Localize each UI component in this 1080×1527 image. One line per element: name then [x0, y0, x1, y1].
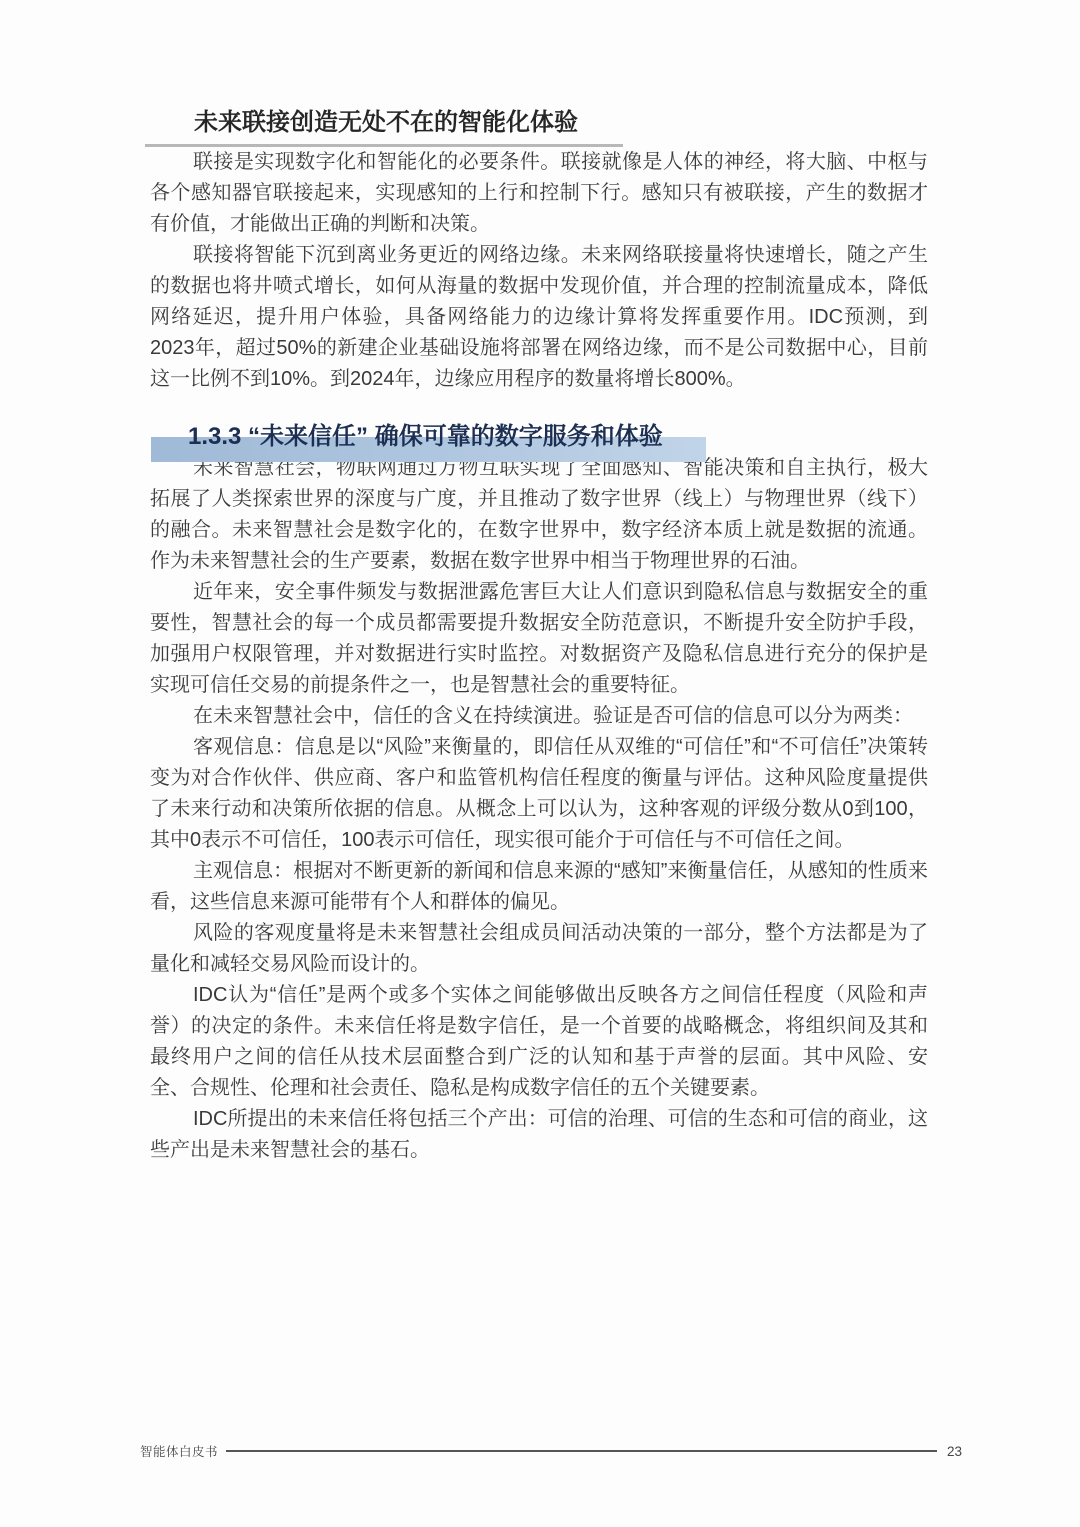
paragraph: 联接是实现数字化和智能化的必要条件。联接就像是人体的神经，将大脑、中枢与各个感知…: [150, 147, 928, 240]
paragraph: 未来智慧社会，物联网通过万物互联实现了全面感知、智能决策和自主执行，极大拓展了人…: [150, 453, 928, 577]
paragraph: 客观信息：信息是以“风险”来衡量的，即信任从双维的“可信任”和“不可信任”决策转…: [150, 732, 928, 856]
paragraph: 在未来智慧社会中，信任的含义在持续演进。验证是否可信的信息可以分为两类：: [150, 701, 928, 732]
paragraph: 近年来，安全事件频发与数据泄露危害巨大让人们意识到隐私信息与数据安全的重要性，智…: [150, 577, 928, 701]
section2-heading: 1.3.3 “未来信任” 确保可靠的数字服务和体验: [188, 421, 663, 453]
paragraph: 主观信息：根据对不断更新的新闻和信息来源的“感知”来衡量信任，从感知的性质来看，…: [150, 856, 928, 918]
paragraph: IDC认为“信任”是两个或多个实体之间能够做出反映各方之间信任程度（风险和声誉）…: [150, 980, 928, 1104]
section2-heading-text: 1.3.3 “未来信任” 确保可靠的数字服务和体验: [188, 423, 663, 450]
section1-heading: 未来联接创造无处不在的智能化体验: [150, 108, 928, 138]
document-page: 未来联接创造无处不在的智能化体验 联接是实现数字化和智能化的必要条件。联接就像是…: [0, 0, 1080, 1527]
footer-rule: [226, 1450, 937, 1452]
footer-book-title: 智能体白皮书: [140, 1442, 218, 1460]
paragraph: IDC所提出的未来信任将包括三个产出：可信的治理、可信的生态和可信的商业，这些产…: [150, 1104, 928, 1166]
section2-heading-row: 1.3.3 “未来信任” 确保可靠的数字服务和体验: [150, 421, 928, 453]
page-content: 未来联接创造无处不在的智能化体验 联接是实现数字化和智能化的必要条件。联接就像是…: [150, 0, 928, 1166]
paragraph: 风险的客观度量将是未来智慧社会组成员间活动决策的一部分，整个方法都是为了量化和减…: [150, 918, 928, 980]
footer-page-number: 23: [947, 1444, 962, 1459]
paragraph: 联接将智能下沉到离业务更近的网络边缘。未来网络联接量将快速增长，随之产生的数据也…: [150, 240, 928, 395]
page-footer: 智能体白皮书 23: [140, 1441, 962, 1461]
